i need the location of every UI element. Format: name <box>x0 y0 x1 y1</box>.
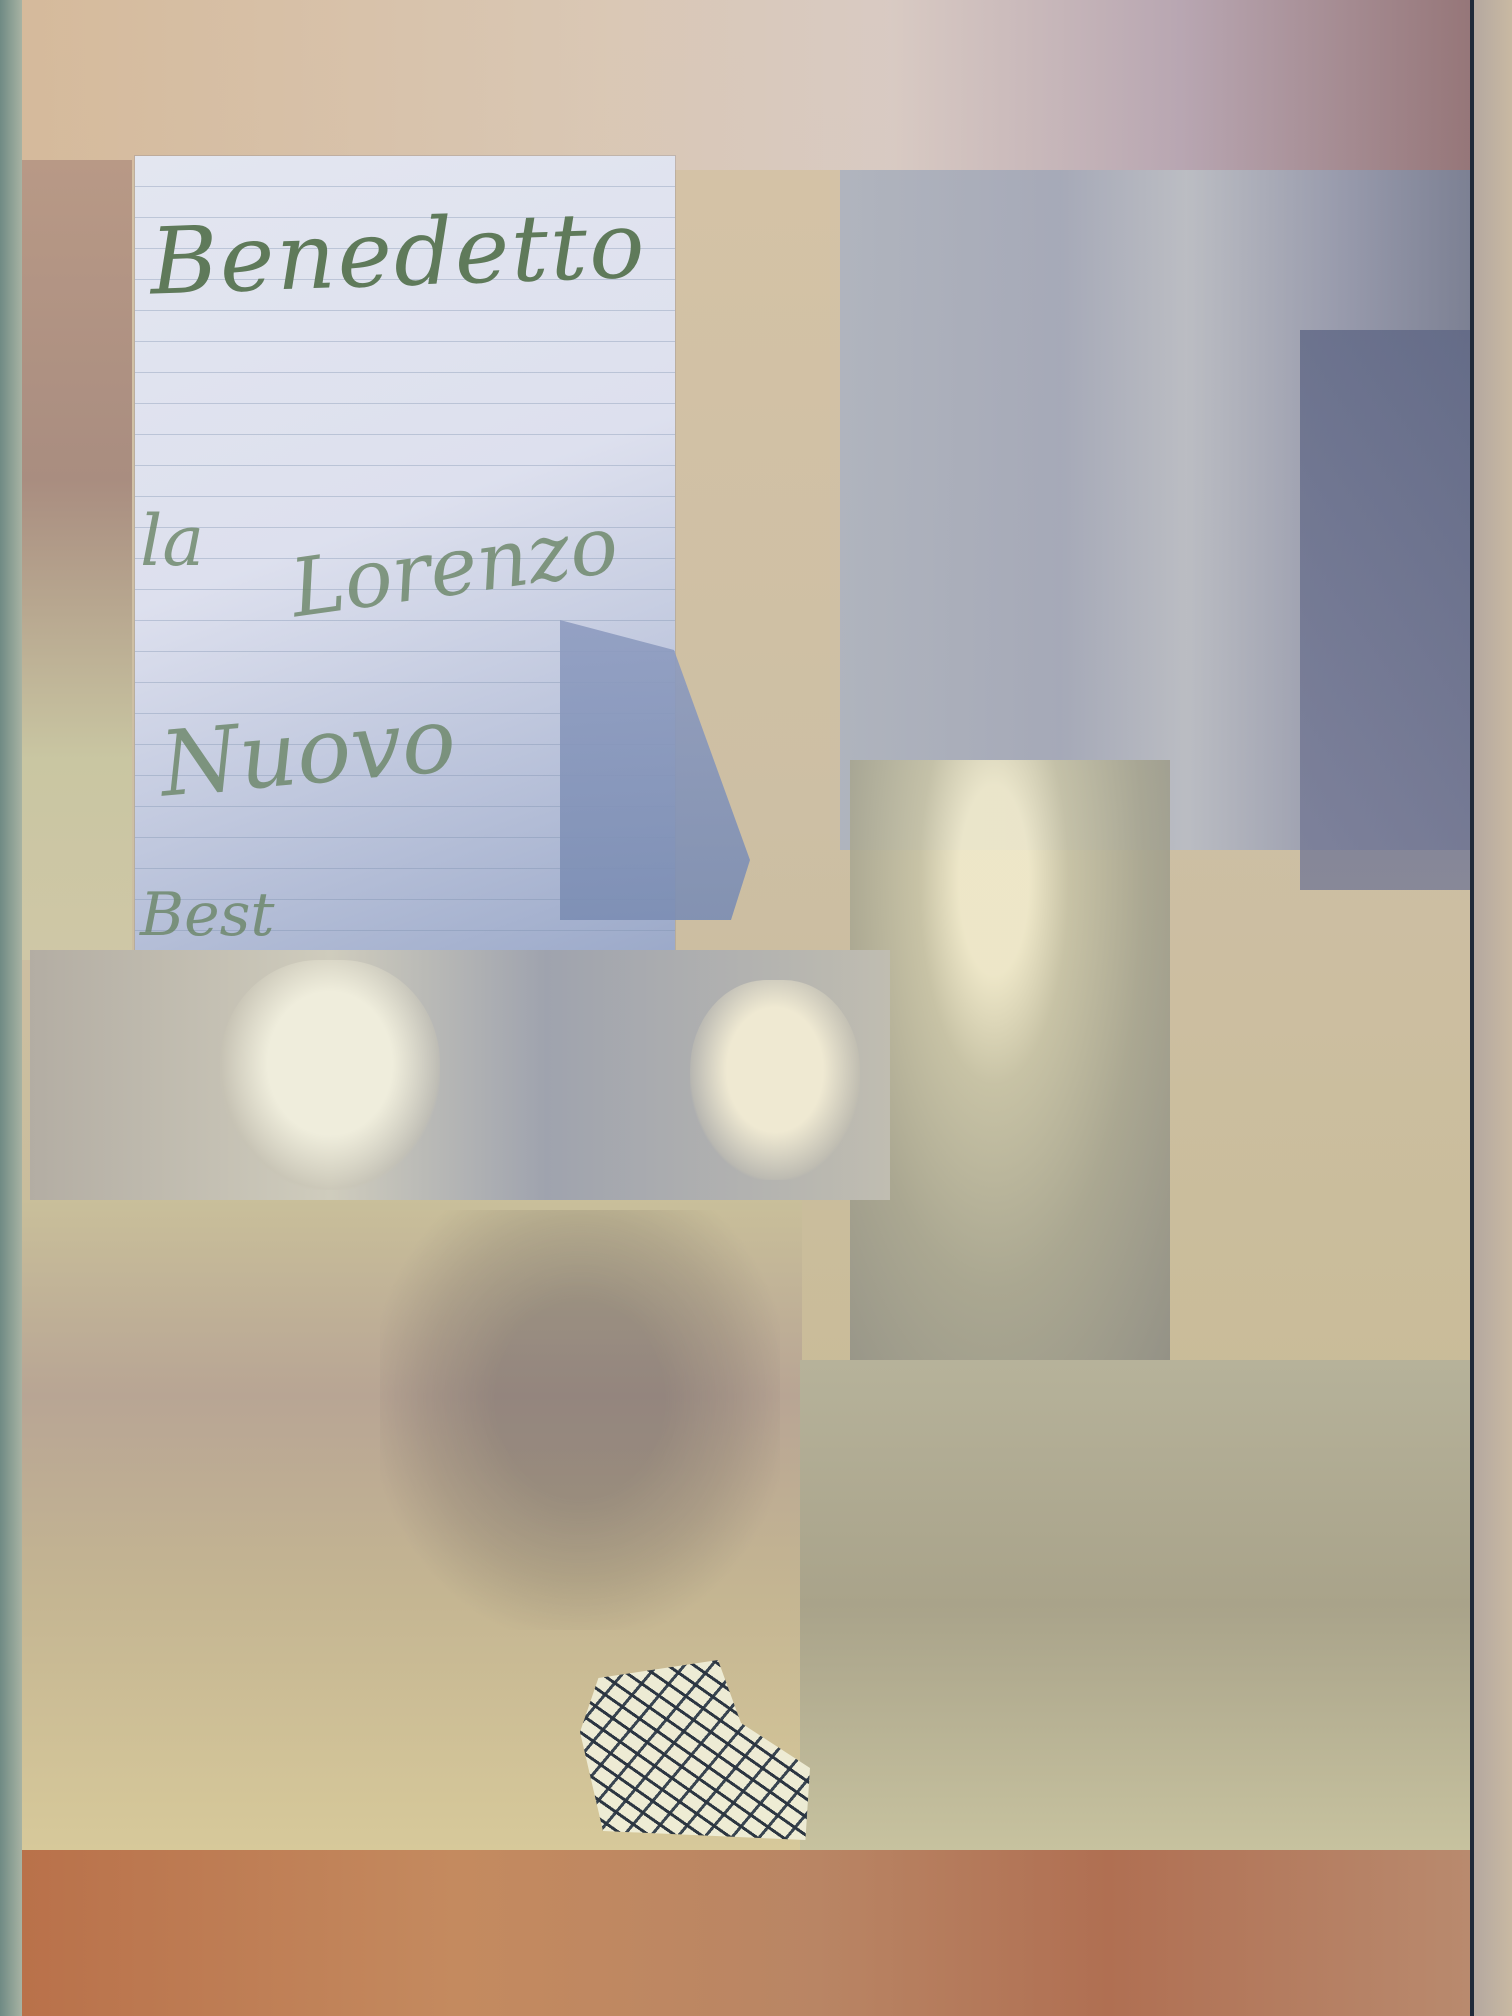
top-texture-band <box>22 0 1470 170</box>
portrait-face-right <box>690 980 860 1180</box>
right-edge <box>1470 0 1512 2016</box>
bottom-rust-band <box>22 1850 1470 2016</box>
portrait-face-left <box>220 960 440 1190</box>
lower-right-texture <box>800 1360 1470 1850</box>
left-edge <box>0 0 22 2016</box>
handwritten-title: Benedetto <box>148 191 648 315</box>
left-script-strip <box>22 160 132 960</box>
dark-ink-blot <box>380 1210 780 1630</box>
faded-portrait-right <box>850 760 1170 1360</box>
script-fragment: la <box>140 500 204 582</box>
dark-slate-column <box>1300 330 1470 890</box>
script-fragment: Best <box>140 880 275 950</box>
